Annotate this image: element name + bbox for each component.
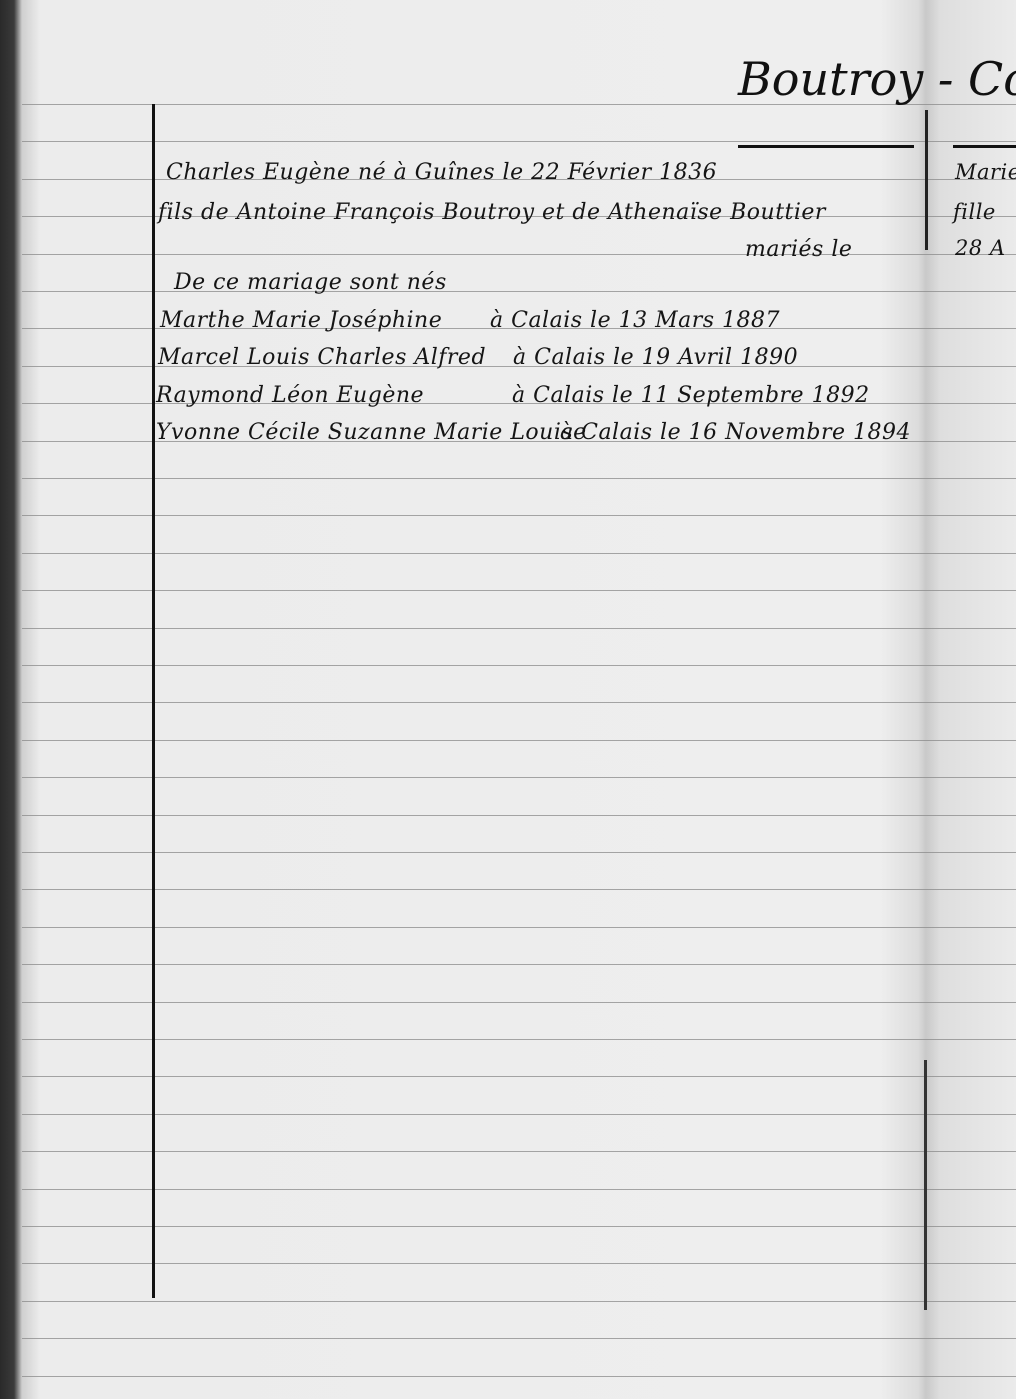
- child-birth: à Calais le 16 Novembre 1894: [560, 420, 911, 445]
- next-page-fragment: Marie: [950, 160, 1016, 200]
- ruled-line: [22, 1338, 1016, 1339]
- heading-underline: [738, 145, 914, 148]
- ruled-line: [22, 478, 1016, 479]
- left-margin-line: [152, 104, 155, 1298]
- ruled-line: [22, 141, 1016, 142]
- ruled-line: [22, 1039, 1016, 1040]
- ruled-line: [22, 553, 1016, 554]
- ruled-line: [22, 628, 1016, 629]
- ruled-line: [22, 815, 1016, 816]
- ruled-line: [22, 1226, 1016, 1227]
- ruled-line: [22, 1376, 1016, 1377]
- ruled-line: [22, 665, 1016, 666]
- child-birth: à Calais le 11 Septembre 1892: [512, 383, 870, 408]
- ruled-line: [22, 1301, 1016, 1302]
- ruled-line: [22, 1114, 1016, 1115]
- page-gutter-line: [925, 110, 928, 250]
- ruled-line: [22, 515, 1016, 516]
- child-name: Marthe Marie Joséphine: [160, 308, 442, 333]
- ruled-line: [22, 1076, 1016, 1077]
- ruled-line: [22, 927, 1016, 928]
- ruled-line: [22, 702, 1016, 703]
- child-birth: à Calais le 19 Avril 1890: [513, 345, 798, 370]
- ruled-line: [22, 852, 1016, 853]
- ruled-line: [22, 1151, 1016, 1152]
- ruled-line: [22, 889, 1016, 890]
- ruled-line: [22, 1189, 1016, 1190]
- next-page-heading: Co: [968, 52, 1016, 106]
- entry-line-birth: Charles Eugène né à Guînes le 22 Février…: [166, 160, 717, 185]
- child-name: Marcel Louis Charles Alfred: [158, 345, 486, 370]
- ruled-line: [22, 590, 1016, 591]
- ruled-line: [22, 291, 1016, 292]
- child-name: Raymond Léon Eugène: [156, 383, 424, 408]
- children-intro: De ce mariage sont nés: [174, 270, 447, 295]
- surname-heading: Boutroy -: [738, 52, 953, 106]
- ruled-line: [22, 1263, 1016, 1264]
- child-birth: à Calais le 13 Mars 1887: [490, 308, 780, 333]
- ruled-line: [22, 964, 1016, 965]
- page-gutter-line-lower: [924, 1060, 927, 1310]
- entry-line-married: mariés le: [745, 237, 852, 262]
- next-page-fragment: 28 A: [950, 236, 1016, 276]
- ruled-line: [22, 777, 1016, 778]
- entry-line-parents: fils de Antoine François Boutroy et de A…: [158, 200, 826, 225]
- next-heading-underline: [953, 145, 1016, 148]
- ruled-line: [22, 254, 1016, 255]
- ruled-line: [22, 1002, 1016, 1003]
- child-name: Yvonne Cécile Suzanne Marie Louise: [156, 420, 587, 445]
- ruled-line: [22, 740, 1016, 741]
- next-page-fragment: fille: [950, 200, 1016, 240]
- register-page: Boutroy - Co Charles Eugène né à Guînes …: [0, 0, 1016, 1399]
